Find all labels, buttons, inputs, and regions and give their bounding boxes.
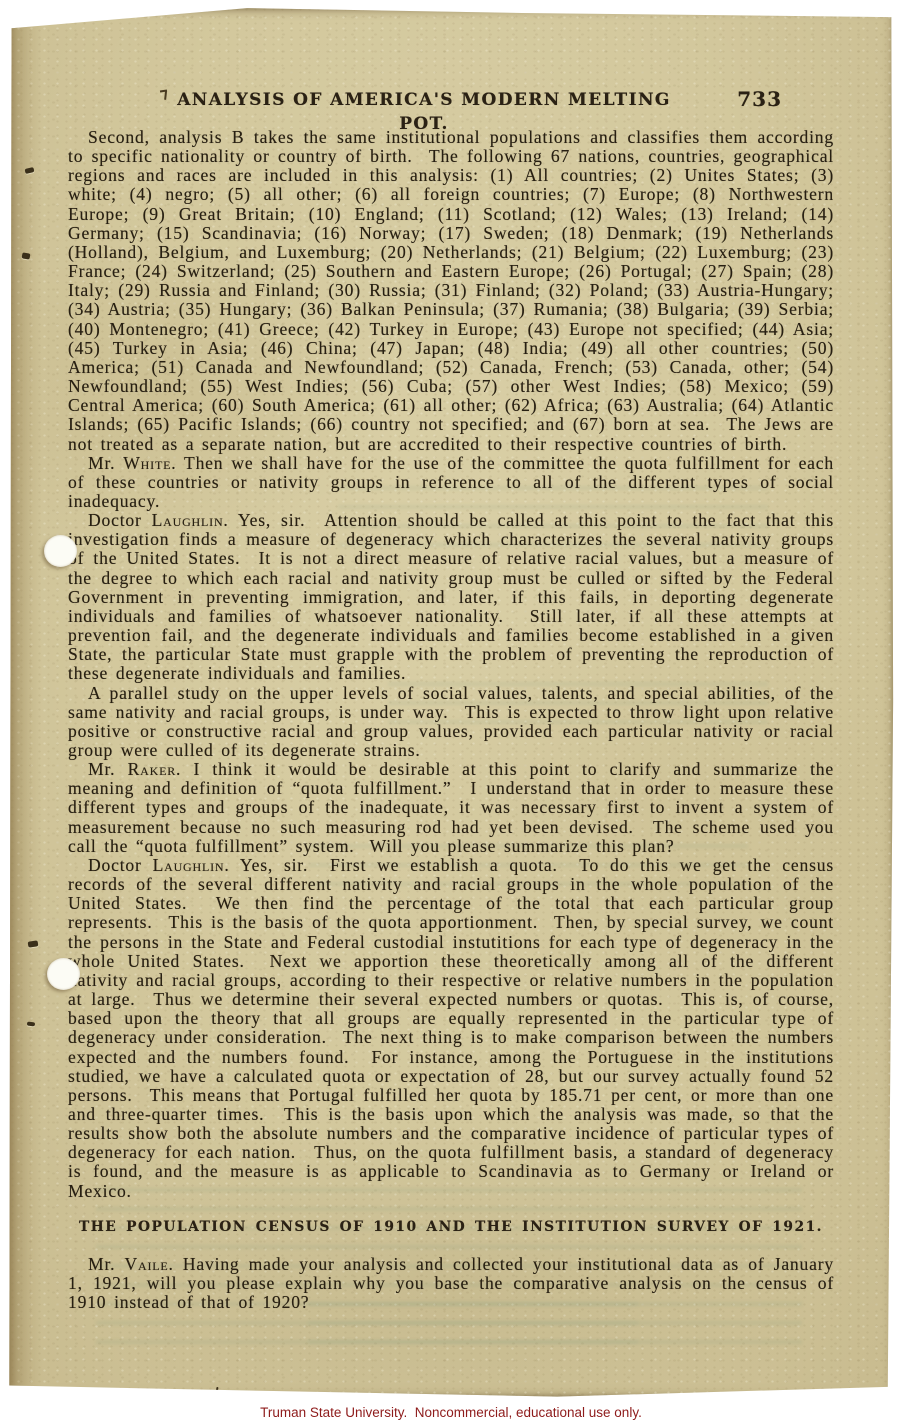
paragraph-text: . Yes, sir. Attention should be called a… [68, 510, 834, 683]
paragraph-text: . Yes, sir. First we establish a quota. … [68, 855, 834, 1201]
paragraph: Mr. Vaile. Having made your analysis and… [68, 1255, 834, 1312]
section-heading: THE POPULATION CENSUS OF 1910 AND THE IN… [68, 1218, 834, 1236]
paragraph: Second, analysis B takes the same instit… [68, 128, 834, 454]
paragraph-text: Second, analysis B takes the same instit… [68, 127, 834, 454]
paragraph-text: A parallel study on the upper levels of … [68, 683, 834, 760]
scanned-page: ANALYSIS OF AMERICA'S MODERN MELTING POT… [8, 6, 894, 1398]
paragraph-text: Mr. [88, 759, 128, 779]
paragraph-text: Mr. [88, 1254, 125, 1274]
speaker-name: Laughlin [152, 510, 224, 530]
paragraph-text: . Having made your analysis and collecte… [68, 1254, 834, 1312]
paper-speck [27, 1022, 35, 1027]
paragraph-text: . Then we shall have for the use of the … [68, 453, 834, 511]
speaker-name: White [123, 453, 171, 473]
page-binding-edge [8, 6, 42, 1398]
speaker-name: Vaile [125, 1254, 169, 1274]
speaker-name: Raker [128, 759, 176, 779]
paragraph: A parallel study on the upper levels of … [68, 684, 834, 761]
speaker-name: Laughlin [153, 855, 225, 875]
page-number: 733 [737, 86, 782, 112]
page-header: ANALYSIS OF AMERICA'S MODERN MELTING POT… [68, 88, 834, 116]
paper-speck [22, 252, 31, 259]
body-paragraphs: Second, analysis B takes the same instit… [68, 128, 834, 1201]
footer-credit: Truman State University. Noncommercial, … [260, 1405, 642, 1420]
page-body: Second, analysis B takes the same instit… [68, 128, 834, 1312]
paragraph-text: . I think it would be desirable at this … [68, 759, 834, 856]
paragraph: Mr. White. Then we shall have for the us… [68, 454, 834, 511]
paragraph: Mr. Raker. I think it would be desirable… [68, 760, 834, 856]
paper-speck [28, 940, 39, 947]
body-paragraphs-after-heading: Mr. Vaile. Having made your analysis and… [68, 1255, 834, 1312]
paragraph: Doctor Laughlin. Yes, sir. Attention sho… [68, 511, 834, 683]
paragraph: Doctor Laughlin. Yes, sir. First we esta… [68, 856, 834, 1201]
paragraph-text: Doctor [88, 855, 153, 875]
paragraph-text: Doctor [88, 510, 152, 530]
punch-hole [44, 535, 77, 567]
paper-speck [216, 1387, 219, 1394]
paragraph-text: Mr. [88, 453, 123, 473]
paper-speck [25, 167, 35, 174]
footer: Truman State University. Noncommercial, … [0, 1398, 902, 1428]
punch-hole [47, 958, 80, 990]
